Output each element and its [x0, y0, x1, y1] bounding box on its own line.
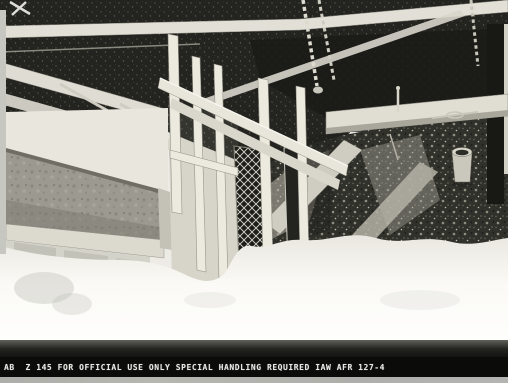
page-margin-bottom [0, 377, 508, 383]
caption-text: AB Z 145 FOR OFFICIAL USE ONLY SPECIAL H… [0, 363, 385, 372]
photograph [0, 0, 508, 360]
page-margin-left [0, 10, 6, 254]
photo-illustration [0, 0, 508, 360]
scanned-photo-page: AB Z 145 FOR OFFICIAL USE ONLY SPECIAL H… [0, 0, 508, 383]
chain-hook [313, 87, 323, 94]
caption-bar: AB Z 145 FOR OFFICIAL USE ONLY SPECIAL H… [0, 357, 508, 377]
